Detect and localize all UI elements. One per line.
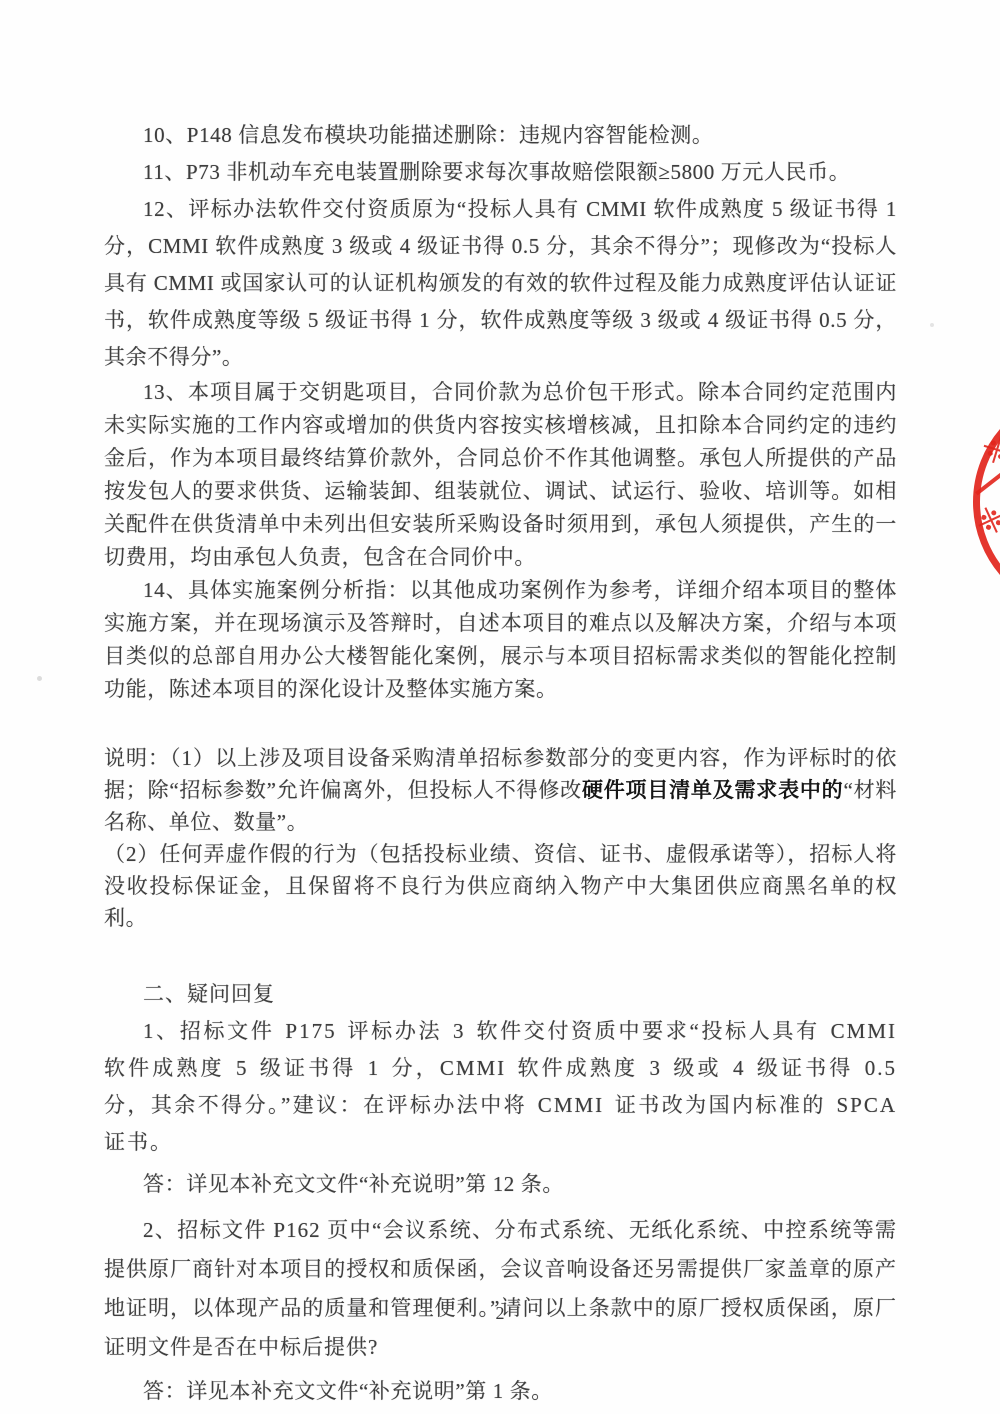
seal-ring-arc [973,390,1000,614]
official-seal-stamp: ※ ※ [973,390,1000,614]
supplement-item-13: 13、本项目属于交钥匙项目，合同价款为总价包干形式。除本合同约定范围内未实际实施… [104,376,897,574]
supplement-item-14: 14、具体实施案例分析指：以其他成功案例作为参考，详细介绍本项目的整体实施方案，… [104,574,897,706]
note-1-bold-run: 硬件项目清单及需求表中的 [582,778,844,802]
scan-speck [930,323,934,327]
qa-question-2: 2、招标文件 P162 页中“会议系统、分布式系统、无纸化系统、中控系统等需提供… [104,1211,897,1367]
note-paragraph-1: 说明：（1）以上涉及项目设备采购清单招标参数部分的变更内容，作为评标时的依据；除… [104,742,897,838]
qa-question-1: 1、招标文件 P175 评标办法 3 软件交付资质中要求“投标人具有 CMMI … [104,1013,897,1161]
note-paragraph-2: （2）任何弄虚作假的行为（包括投标业绩、资信、证书、虚假承诺等），招标人将没收投… [104,838,897,934]
supplement-item-10: 10、P148 信息发布模块功能描述删除：违规内容智能检测。 [104,117,897,154]
supplement-item-11: 11、P73 非机动车充电装置删除要求每次事故赔偿限额≥5800 万元人民币。 [104,154,897,191]
scan-speck [37,676,42,681]
qa-answer-1: 答：详见本补充文文件“补充说明”第 12 条。 [104,1166,897,1203]
page-number: 2 [0,1303,1000,1324]
qa-answer-2: 答：详见本补充文文件“补充说明”第 1 条。 [104,1372,897,1411]
seal-character-fragment-2: ※ [972,502,1000,537]
scanned-document-page: 10、P148 信息发布模块功能描述删除：违规内容智能检测。 11、P73 非机… [0,0,1000,1414]
qa-section-heading: 二、疑问回复 [104,976,897,1013]
supplement-item-12: 12、评标办法软件交付资质原为“投标人具有 CMMI 软件成熟度 5 级证书得 … [104,191,897,376]
document-body: 10、P148 信息发布模块功能描述删除：违规内容智能检测。 11、P73 非机… [104,117,897,1411]
seal-line-stroke [975,473,1000,496]
seal-character-fragment-1: ※ [977,432,1000,469]
